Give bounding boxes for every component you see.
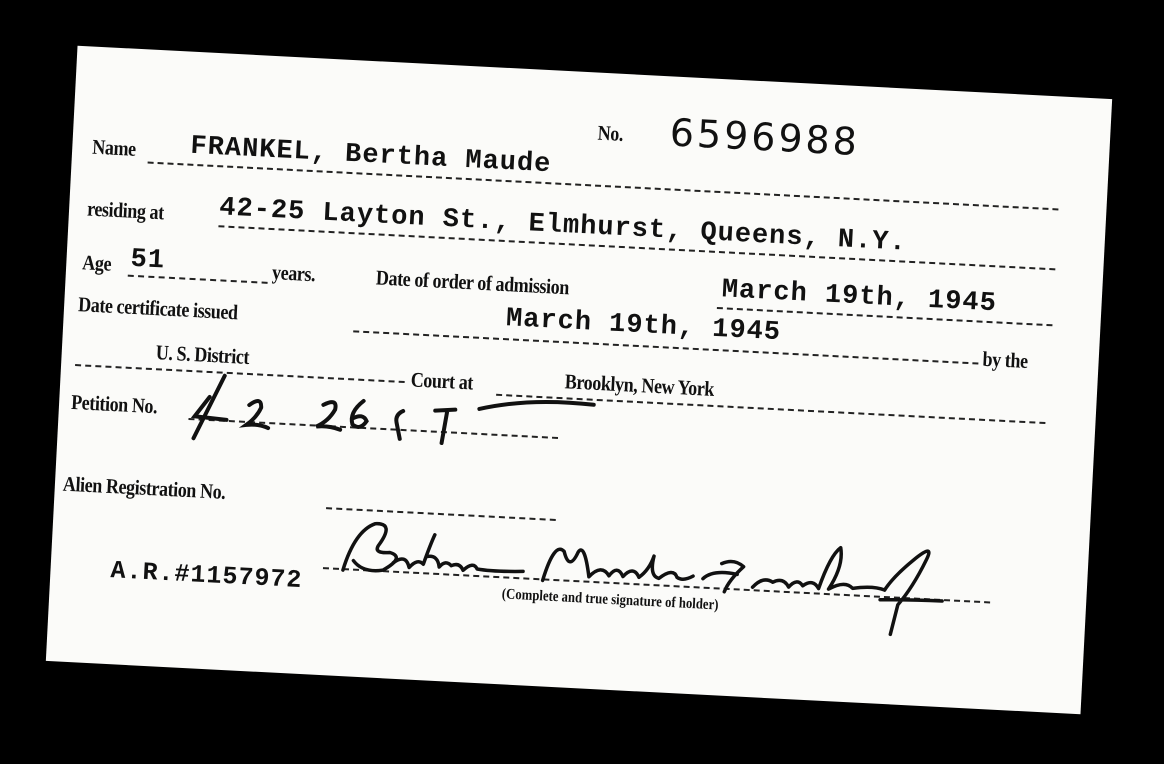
naturalization-certificate-card: No. 6596988 Name FRANKEL, Bertha Maude r… — [46, 46, 1112, 715]
order-date-value: March 19th, 1945 — [721, 275, 997, 319]
residing-label: residing at — [87, 196, 165, 225]
petition-label: Petition No. — [71, 390, 158, 419]
age-value: 51 — [130, 245, 166, 277]
by-the-label: by the — [982, 347, 1028, 374]
ar-number-value: A.R.#1157972 — [110, 556, 303, 595]
name-label: Name — [92, 135, 137, 162]
alien-registration-label: Alien Registration No. — [62, 472, 226, 505]
court-name-value: U. S. District — [155, 340, 249, 370]
years-label: years. — [271, 260, 315, 287]
age-label: Age — [82, 250, 112, 276]
certificate-number-label: No. — [597, 121, 624, 147]
certificate-number: 6596988 — [669, 110, 861, 164]
issued-label: Date certificate issued — [78, 292, 239, 325]
address-value: 42-25 Layton St., Elmhurst, Queens, N.Y. — [219, 193, 908, 258]
order-date-label: Date of order of admission — [375, 265, 569, 300]
holder-signature — [330, 510, 1035, 666]
age-line — [128, 275, 268, 284]
